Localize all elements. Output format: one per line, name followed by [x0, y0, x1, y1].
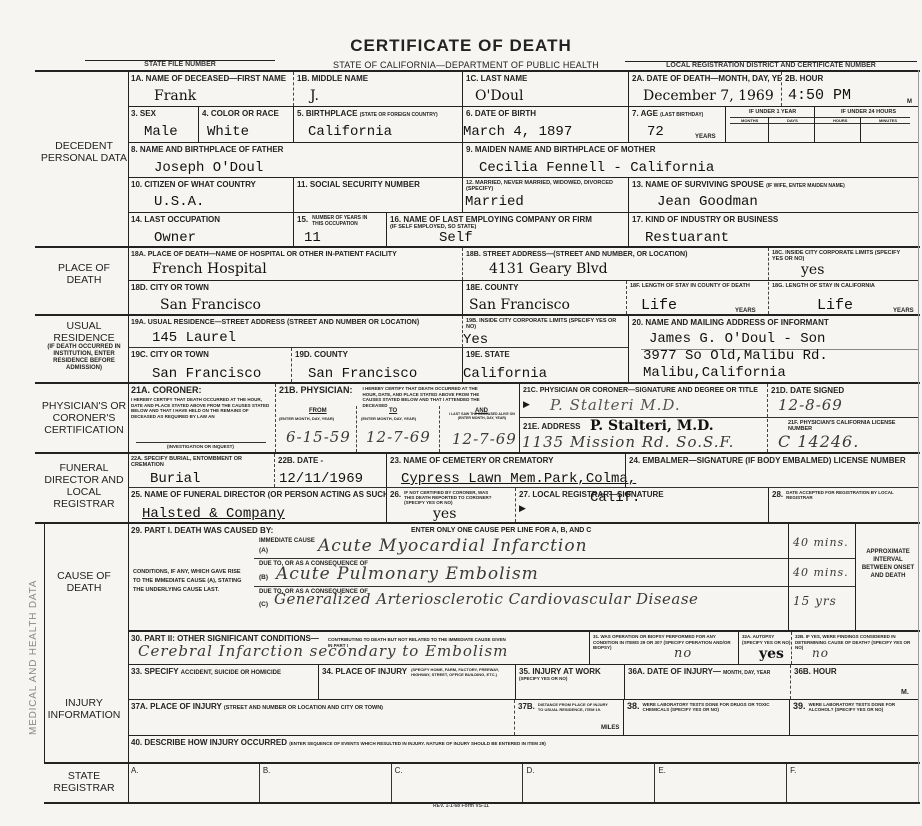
death-facility-field[interactable]: 18A. PLACE OF DEATH—NAME OF HOSPITAL OR …	[128, 248, 462, 280]
attended-from-value: 6-15-59	[286, 428, 351, 446]
birthplace-field[interactable]: 5. BIRTHPLACE (STATE OR FOREIGN COUNTRY)…	[294, 107, 462, 142]
residence-street-value: 145 Laurel	[152, 330, 236, 346]
date-accepted-field[interactable]: 28. DATE ACCEPTED FOR REGISTRATION BY LO…	[769, 488, 918, 522]
last-seen-value: 12-7-69	[452, 430, 517, 448]
operation-value: no	[674, 646, 692, 661]
stay-california-value: Life	[817, 297, 853, 314]
marital-status-value: Married	[465, 194, 524, 210]
cemetery-value-continued: Calif.	[590, 490, 640, 506]
reported-coroner-field[interactable]: 26. IF NOT CERTIFIED BY CORONER, WAS THI…	[387, 488, 515, 522]
occupation-value: Owner	[154, 230, 196, 246]
informant-field[interactable]: 20. NAME AND MAILING ADDRESS OF INFORMAN…	[629, 316, 918, 382]
disposition-field[interactable]: 22A. SPECIFY BURIAL, ENTOMBMENT OR CREMA…	[128, 454, 274, 487]
mother-field[interactable]: 9. MAIDEN NAME AND BIRTHPLACE OF MOTHER …	[463, 143, 918, 177]
industry-field[interactable]: 17. KIND OF INDUSTRY OR BUSINESS Restuar…	[629, 213, 918, 246]
cause-c-value: Generalized Arteriosclerotic Cardiovascu…	[274, 590, 698, 608]
employer-field[interactable]: 16. NAME OF LAST EMPLOYING COMPANY OR FI…	[387, 213, 628, 246]
signature-arrow-icon: ▶	[523, 399, 530, 410]
stay-county-field[interactable]: 18F. LENGTH OF STAY IN COUNTY OF DEATH L…	[627, 281, 768, 314]
death-street-field[interactable]: 18B. STREET ADDRESS—(STREET AND NUMBER, …	[463, 248, 768, 280]
mother-value: Cecilia Fennell - California	[479, 160, 714, 176]
section-funeral: FUNERAL DIRECTOR AND LOCAL REGISTRAR	[40, 462, 128, 510]
informant-line-2: 3977 So Old,Malibu Rd.	[643, 348, 828, 364]
residence-county-field[interactable]: 19D. COUNTY San Francisco	[292, 348, 462, 382]
death-certificate: CERTIFICATE OF DEATH STATE FILE NUMBER S…	[0, 0, 922, 826]
death-inside-city-value: yes	[801, 262, 824, 278]
registrar-box-c[interactable]: C.	[392, 764, 524, 802]
death-inside-city-field[interactable]: 18C. INSIDE CITY CORPORATE LIMITS (SPECI…	[769, 248, 918, 280]
injury-type-field[interactable]: 33. SPECIFY ACCIDENT, SUICIDE OR HOMICID…	[128, 665, 318, 699]
spouse-field[interactable]: 13. NAME OF SURVIVING SPOUSE (IF WIFE, E…	[629, 178, 918, 212]
date-signed-value: 12-8-69	[778, 396, 843, 414]
last-name-field[interactable]: 1C. LAST NAME O'Doul	[463, 72, 628, 106]
section-usual-residence-title: USUAL RESIDENCE	[53, 320, 114, 344]
physician-address-value: 1135 Mission Rd. So.S.F.	[522, 433, 734, 451]
years-in-occupation-value: 11	[304, 230, 321, 246]
death-facility-value: French Hospital	[152, 261, 267, 277]
disposition-date-field[interactable]: 22B. DATE - 12/11/1969	[275, 454, 386, 487]
physician-certification: 21B. PHYSICIAN: I HEREBY CERTIFY THAT DE…	[276, 384, 519, 452]
disposition-date-value: 12/11/1969	[279, 471, 363, 487]
death-county-value: San Francisco	[469, 297, 570, 313]
birthplace-value: California	[308, 124, 392, 140]
state-file-number-label: STATE FILE NUMBER	[85, 61, 275, 68]
local-registration-label: LOCAL REGISTRATION DISTRICT AND CERTIFIC…	[625, 62, 917, 69]
hour-of-death-value: 4:50 PM	[788, 87, 851, 104]
informant-line-3: Malibu,California	[643, 365, 786, 381]
residence-city-field[interactable]: 19C. CITY OR TOWN San Francisco	[128, 348, 293, 382]
occupation-field[interactable]: 14. LAST OCCUPATION Owner	[128, 213, 293, 246]
date-signed-field[interactable]: 21D. DATE SIGNED 12-8-69	[768, 384, 918, 417]
cemetery-field[interactable]: 23. NAME OF CEMETERY OR CREMATORY Cypres…	[387, 454, 625, 487]
part2-value: Cerebral Infarction secondary to Embolis…	[138, 642, 508, 660]
residence-inside-city-field[interactable]: 19B. INSIDE CITY CORPORATE LIMITS (SPECI…	[463, 316, 628, 347]
section-injury: INJURY INFORMATION	[40, 697, 128, 721]
age-field[interactable]: 7. AGE (LAST BIRTHDAY) 72 YEARS	[629, 107, 725, 142]
document-subtitle: STATE OF CALIFORNIA—DEPARTMENT OF PUBLIC…	[333, 60, 599, 70]
date-of-death-value: December 7, 1969	[643, 88, 774, 104]
injury-date-field[interactable]: 36A. DATE OF INJURY— MONTH, DAY, YEAR	[625, 665, 790, 699]
middle-name-field[interactable]: 1B. MIDDLE NAME J.	[294, 72, 462, 106]
interval-c-value: 15 yrs	[793, 594, 837, 608]
death-street-value: 4131 Geary Blvd	[489, 261, 608, 277]
residence-city-value: San Francisco	[152, 366, 261, 382]
spouse-value: Jean Goodman	[657, 194, 758, 210]
registrar-box-a[interactable]: A.	[128, 764, 260, 802]
section-place-of-death: PLACE OF DEATH	[40, 262, 128, 286]
injury-hour-field[interactable]: 36B. HOUR M.	[791, 665, 918, 699]
reported-coroner-value: yes	[433, 506, 456, 522]
section-cause: CAUSE OF DEATH	[40, 570, 128, 594]
cause-of-death-part1: 29. PART I. DEATH WAS CAUSED BY: ENTER O…	[128, 524, 788, 630]
injury-distance-field[interactable]: 37B. DISTANCE FROM PLACE OF INJURY TO US…	[515, 700, 623, 735]
cause-b-value: Acute Pulmonary Embolism	[276, 564, 539, 584]
operation-field[interactable]: 31. WAS OPERATION OR BIOPSY PERFORMED FO…	[590, 632, 738, 664]
citizenship-value: U.S.A.	[154, 194, 204, 210]
date-of-birth-value: March 4, 1897	[463, 124, 572, 140]
death-city-value: San Francisco	[160, 297, 261, 313]
autopsy-field[interactable]: 32A. AUTOPSY (SPECIFY YES OR NO) yes	[739, 632, 791, 664]
interval-b-value: 40 mins.	[793, 566, 849, 579]
sex-field[interactable]: 3. SEX Male	[128, 107, 198, 142]
license-number-value: C 14246.	[778, 432, 859, 451]
cemetery-value: Cypress Lawn Mem.Park,Colma,	[401, 471, 636, 487]
physician-signature-field[interactable]: 21C. PHYSICIAN OR CORONER—SIGNATURE AND …	[520, 384, 767, 417]
date-of-death-field[interactable]: 2A. DATE OF DEATH—MONTH, DAY, YEAR Decem…	[629, 72, 781, 106]
section-certification: PHYSICIAN'S OR CORONER'S CERTIFICATION	[40, 400, 128, 436]
marital-status-field[interactable]: 12. MARRIED, NEVER MARRIED, WIDOWED, DIV…	[463, 178, 628, 212]
drug-tests-field[interactable]: 38. WERE LABORATORY TESTS DONE FOR DRUGS…	[624, 700, 789, 735]
medical-health-data-label: MEDICAL AND HEALTH DATA	[28, 580, 39, 735]
interval-label: APPROXIMATE INTERVAL BETWEEN ONSET AND D…	[860, 548, 916, 580]
residence-street-field[interactable]: 19A. USUAL RESIDENCE—STREET ADDRESS (STR…	[128, 316, 462, 347]
last-name-value: O'Doul	[475, 88, 523, 104]
death-county-field[interactable]: 18E. COUNTY San Francisco	[463, 281, 626, 314]
industry-value: Restuarant	[645, 230, 729, 246]
disposition-value: Burial	[150, 471, 200, 487]
local-registrar-field[interactable]: 27. LOCAL REGISTRAR—SIGNATURE ▶ Calif.	[516, 488, 768, 522]
father-field[interactable]: 8. NAME AND BIRTHPLACE OF FATHER Joseph …	[128, 143, 462, 177]
section-state-registrar: STATE REGISTRAR	[40, 770, 128, 794]
injury-place-field[interactable]: 34. PLACE OF INJURY (SPECIFY HOME, FARM,…	[319, 665, 515, 699]
state-registrar-boxes: A. B. C. D. E. F.	[128, 764, 918, 802]
informant-line-1: James G. O'Doul - Son	[649, 331, 825, 347]
autopsy-findings-value: no	[812, 646, 829, 660]
registrar-box-e[interactable]: E.	[655, 764, 787, 802]
injury-description-field[interactable]: 40. DESCRIBE HOW INJURY OCCURRED (ENTER …	[128, 736, 918, 762]
residence-county-value: San Francisco	[308, 366, 417, 382]
funeral-director-field[interactable]: 25. NAME OF FUNERAL DIRECTOR (OR PERSON …	[128, 488, 386, 522]
section-decedent: DECEDENT PERSONAL DATA	[40, 140, 128, 164]
first-name-value: Frank	[154, 88, 196, 104]
citizenship-field[interactable]: 10. CITIZEN OF WHAT COUNTRY U.S.A.	[128, 178, 293, 212]
license-number-field[interactable]: 21F. PHYSICIAN'S CALIFORNIA LICENSE NUMB…	[768, 418, 918, 452]
race-value: White	[207, 124, 249, 140]
age-value: 72	[647, 124, 664, 140]
stay-california-field[interactable]: 18G. LENGTH OF STAY IN CALIFORNIA Life Y…	[769, 281, 918, 314]
autopsy-value: yes	[759, 646, 784, 662]
date-of-birth-field[interactable]: 6. DATE OF BIRTH March 4, 1897	[463, 107, 628, 142]
funeral-director-value: Halsted & Company	[142, 506, 285, 522]
interval-column: 40 mins. 40 mins. 15 yrs	[789, 524, 855, 630]
document-title: CERTIFICATE OF DEATH	[0, 36, 922, 56]
first-name-field[interactable]: 1A. NAME OF DECEASED—FIRST NAME Frank	[128, 72, 293, 106]
coroner-certification: 21A. CORONER: I HEREBY CERTIFY THAT DEAT…	[128, 384, 275, 452]
physician-address-field[interactable]: 21E. ADDRESS P. Stalteri, M.D. 1135 Miss…	[520, 418, 767, 452]
registrar-box-b[interactable]: B.	[260, 764, 392, 802]
stay-county-value: Life	[641, 297, 677, 314]
section-usual-residence: USUAL RESIDENCE (IF DEATH OCCURRED IN IN…	[40, 320, 128, 372]
age-under-fields: IF UNDER 1 YEAR IF UNDER 24 HOURS MONTHS…	[726, 107, 918, 142]
middle-name-value: J.	[310, 88, 319, 104]
injury-location-field[interactable]: 37A. PLACE OF INJURY (STREET AND NUMBER …	[128, 700, 514, 735]
employer-value: Self	[439, 230, 473, 246]
residence-state-field[interactable]: 19E. STATE California	[463, 348, 628, 382]
part2-field[interactable]: 30. PART II: OTHER SIGNIFICANT CONDITION…	[128, 632, 508, 664]
section-usual-residence-note: (IF DEATH OCCURRED IN INSTITUTION, ENTER…	[40, 344, 128, 372]
cause-a-value: Acute Myocardial Infarction	[318, 536, 588, 556]
sex-value: Male	[144, 124, 178, 140]
form-revision: REV. 1-1-68 Form VS-11	[0, 803, 922, 809]
injury-at-work-field[interactable]: 35. INJURY AT WORK (SPECIFY YES OR NO)	[516, 665, 624, 699]
physician-name-stamp: P. Stalteri, M.D.	[590, 418, 714, 434]
hour-of-death-field[interactable]: 2B. HOUR 4:50 PM M	[782, 72, 918, 106]
residence-inside-city-value: Yes	[463, 332, 488, 347]
autopsy-findings-field[interactable]: 32B. IF YES, WERE FINDINGS CONSIDERED IN…	[792, 632, 918, 664]
registrar-box-d[interactable]: D.	[523, 764, 655, 802]
alcohol-tests-field[interactable]: 39. WERE LABORATORY TESTS DONE FOR ALCOH…	[790, 700, 918, 735]
death-city-field[interactable]: 18D. CITY OR TOWN San Francisco	[128, 281, 462, 314]
race-field[interactable]: 4. COLOR OR RACE White	[199, 107, 293, 142]
registrar-arrow-icon: ▶	[519, 503, 526, 514]
residence-state-value: California	[463, 366, 547, 382]
attended-to-value: 12-7-69	[366, 428, 431, 446]
years-in-occupation-field[interactable]: 15.NUMBER OF YEARS IN THIS OCCUPATION 11	[294, 213, 386, 246]
registrar-box-f[interactable]: F.	[787, 764, 918, 802]
ssn-field[interactable]: 11. SOCIAL SECURITY NUMBER	[294, 178, 462, 212]
father-value: Joseph O'Doul	[154, 160, 263, 176]
physician-signature-value: P. Stalteri M.D.	[550, 396, 681, 414]
interval-a-value: 40 mins.	[793, 536, 849, 549]
embalmer-field[interactable]: 24. EMBALMER—SIGNATURE (IF BODY EMBALMED…	[626, 454, 918, 487]
